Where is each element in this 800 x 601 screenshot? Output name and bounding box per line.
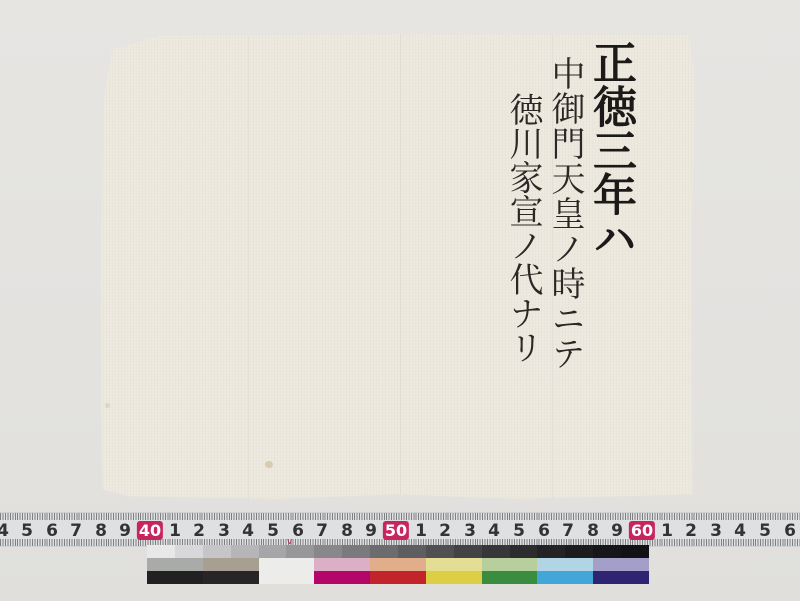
stain — [265, 461, 273, 468]
gray-swatch — [426, 545, 454, 558]
fold-line — [400, 31, 402, 499]
ruler-label: 7 — [70, 521, 82, 541]
color-swatch — [259, 558, 315, 571]
ruler-label: 8 — [341, 521, 353, 541]
ruler-label-highlight: 40 — [137, 521, 163, 540]
color-swatch — [426, 571, 482, 584]
fold-line — [248, 31, 250, 499]
ruler-label: 6 — [538, 521, 550, 541]
color-swatch — [370, 571, 426, 584]
color-swatch — [593, 558, 649, 571]
ruler-label: 6 — [784, 521, 796, 541]
ruler-ticks — [0, 513, 800, 520]
color-swatch — [593, 571, 649, 584]
color-swatch — [259, 571, 315, 584]
color-swatch — [203, 558, 259, 571]
ruler-label: 3 — [218, 521, 230, 541]
ruler-label: 4 — [488, 521, 500, 541]
ruler-label: 5 — [513, 521, 525, 541]
ruler-label: 7 — [316, 521, 328, 541]
ruler-label: 5 — [267, 521, 279, 541]
color-swatch — [482, 571, 538, 584]
ruler-label: 9 — [119, 521, 131, 541]
color-swatch-row-top — [147, 558, 649, 571]
gray-swatch — [510, 545, 538, 558]
ruler-label: 2 — [193, 521, 205, 541]
ruler-label: 4 — [242, 521, 254, 541]
ruler-label: 7 — [562, 521, 574, 541]
ruler-label: 3 — [464, 521, 476, 541]
ruler-label: 8 — [587, 521, 599, 541]
stain — [105, 403, 110, 408]
ruler-label: 1 — [661, 521, 673, 541]
color-swatch — [537, 558, 593, 571]
ruler-label: 9 — [611, 521, 623, 541]
ruler-label: 1 — [169, 521, 181, 541]
gray-swatch — [175, 545, 203, 558]
ruler-label: 8 — [95, 521, 107, 541]
gray-swatch — [398, 545, 426, 558]
ruler-label: 4 — [0, 521, 9, 541]
gray-ramp — [147, 545, 649, 558]
ruler-label: 5 — [759, 521, 771, 541]
gray-swatch — [565, 545, 593, 558]
color-swatch — [370, 558, 426, 571]
gray-swatch — [370, 545, 398, 558]
text-column-1: 正徳三年ハ — [588, 40, 632, 260]
gray-swatch — [259, 545, 287, 558]
color-checker — [147, 545, 649, 585]
ruler-label: 1 — [415, 521, 427, 541]
gray-swatch — [454, 545, 482, 558]
gray-swatch — [147, 545, 175, 558]
gray-swatch — [537, 545, 565, 558]
gray-swatch — [203, 545, 231, 558]
text-column-3: 徳川家宣ノ代ナリ — [506, 92, 540, 364]
ruler-label: 9 — [365, 521, 377, 541]
ruler-label: 4 — [734, 521, 746, 541]
color-swatch — [537, 571, 593, 584]
gray-swatch — [286, 545, 314, 558]
gray-swatch — [314, 545, 342, 558]
gray-swatch — [231, 545, 259, 558]
color-swatch — [314, 571, 370, 584]
ruler-label: 2 — [439, 521, 451, 541]
color-swatch — [426, 558, 482, 571]
color-swatch — [482, 558, 538, 571]
gray-swatch — [621, 545, 649, 558]
ruler-label: 6 — [46, 521, 58, 541]
color-swatch — [314, 558, 370, 571]
color-swatch — [147, 571, 203, 584]
ruler-label: 3 — [710, 521, 722, 541]
color-swatch — [147, 558, 203, 571]
ruler-label-highlight: 60 — [629, 521, 655, 540]
ruler-label-highlight: 50 — [383, 521, 409, 540]
text-column-2: 中御門天皇ノ時ニテ — [548, 56, 582, 371]
gray-swatch — [482, 545, 510, 558]
ruler-label: 6 — [292, 521, 304, 541]
gray-swatch — [593, 545, 621, 558]
measuring-ruler: 4 5 6 7 8 9 40 1 2 3 4 5 6 7 8 9 50 1 2 … — [0, 512, 800, 547]
color-swatch-row-bottom — [147, 571, 649, 584]
ruler-label: 2 — [685, 521, 697, 541]
gray-swatch — [342, 545, 370, 558]
ruler-label: 5 — [21, 521, 33, 541]
color-swatch — [203, 571, 259, 584]
